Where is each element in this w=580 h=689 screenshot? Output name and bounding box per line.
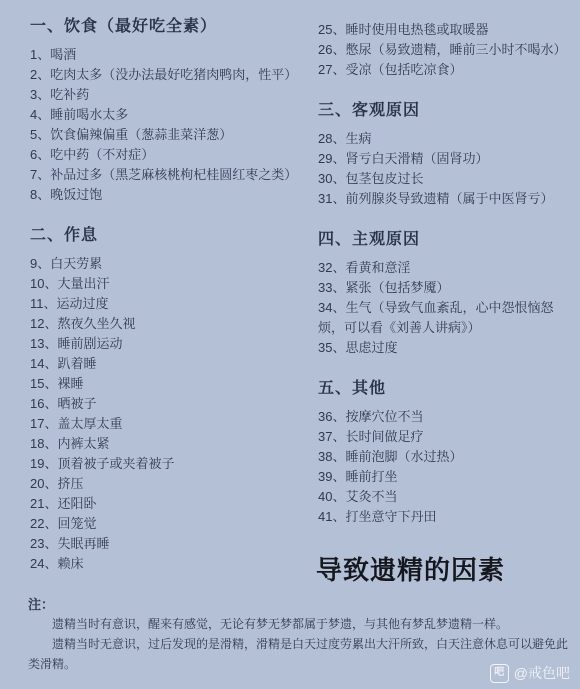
list-item: 23、失眠再睡 bbox=[30, 534, 312, 554]
list-item: 15、裸睡 bbox=[30, 374, 312, 394]
list-item: 28、生病 bbox=[318, 129, 570, 149]
section-header: 二、作息 bbox=[30, 223, 312, 249]
watermark-text: @戒色吧 bbox=[514, 663, 570, 683]
page-title: 导致遗精的因素 bbox=[316, 550, 505, 587]
list-item: 17、盖太厚太重 bbox=[30, 414, 312, 434]
list-item: 4、睡前喝水太多 bbox=[30, 105, 312, 125]
list-item: 41、打坐意守下丹田 bbox=[318, 507, 570, 527]
list-item: 5、饮食偏辣偏重（葱蒜韭菜洋葱） bbox=[30, 125, 312, 145]
list-item: 26、憋尿（易致遗精，睡前三小时不喝水） bbox=[318, 40, 570, 60]
list-item: 2、吃肉太多（没办法最好吃猪肉鸭肉，性平） bbox=[30, 65, 312, 85]
page-canvas: 一、饮食（最好吃全素）1、喝酒2、吃肉太多（没办法最好吃猪肉鸭肉，性平）3、吃补… bbox=[0, 0, 580, 689]
section-header: 三、客观原因 bbox=[318, 98, 570, 124]
list-item: 3、吃补药 bbox=[30, 85, 312, 105]
list-item: 7、补品过多（黑芝麻核桃枸杞桂圆红枣之类） bbox=[30, 165, 312, 185]
column-left: 一、饮食（最好吃全素）1、喝酒2、吃肉太多（没办法最好吃猪肉鸭肉，性平）3、吃补… bbox=[30, 14, 312, 574]
list-item: 9、白天劳累 bbox=[30, 254, 312, 274]
footnote-paragraph: 遗精当时有意识，醒来有感觉，无论有梦无梦都属于梦遗，与其他有梦乱梦遗精一样。 bbox=[28, 614, 576, 634]
section-header: 一、饮食（最好吃全素） bbox=[30, 14, 312, 40]
list-item: 8、晚饭过饱 bbox=[30, 185, 312, 205]
list-item: 35、思虑过度 bbox=[318, 338, 570, 358]
list-item: 34、生气（导致气血紊乱，心中怨恨恼怒烦，可以看《刘善人讲病》） bbox=[318, 298, 570, 338]
list-item: 13、睡前剧运动 bbox=[30, 334, 312, 354]
list-item: 33、紧张（包括梦魇） bbox=[318, 278, 570, 298]
list-item: 16、晒被子 bbox=[30, 394, 312, 414]
list-item: 31、前列腺炎导致遗精（属于中医肾亏） bbox=[318, 189, 570, 209]
list-item: 22、回笼觉 bbox=[30, 514, 312, 534]
list-item: 25、睡时使用电热毯或取暖器 bbox=[318, 20, 570, 40]
tieba-badge-icon: 吧 bbox=[490, 664, 509, 683]
list-item: 12、熬夜久坐久视 bbox=[30, 314, 312, 334]
list-item: 38、睡前泡脚（水过热） bbox=[318, 447, 570, 467]
list-item: 21、还阳卧 bbox=[30, 494, 312, 514]
list-item: 14、趴着睡 bbox=[30, 354, 312, 374]
list-item: 40、艾灸不当 bbox=[318, 487, 570, 507]
watermark: 吧 @戒色吧 bbox=[490, 663, 570, 683]
list-item: 29、肾亏白天滑精（固肾功） bbox=[318, 149, 570, 169]
column-right: 25、睡时使用电热毯或取暖器26、憋尿（易致遗精，睡前三小时不喝水）27、受凉（… bbox=[318, 20, 570, 527]
list-item: 6、吃中药（不对症） bbox=[30, 145, 312, 165]
section-header: 五、其他 bbox=[318, 376, 570, 402]
list-item: 11、运动过度 bbox=[30, 294, 312, 314]
list-item: 32、看黄和意淫 bbox=[318, 258, 570, 278]
list-item: 39、睡前打坐 bbox=[318, 467, 570, 487]
list-item: 36、按摩穴位不当 bbox=[318, 407, 570, 427]
list-item: 24、赖床 bbox=[30, 554, 312, 574]
list-item: 18、内裤太紧 bbox=[30, 434, 312, 454]
list-item: 20、挤压 bbox=[30, 474, 312, 494]
footnote-label: 注： bbox=[28, 596, 576, 614]
list-item: 37、长时间做足疗 bbox=[318, 427, 570, 447]
list-item: 19、顶着被子或夹着被子 bbox=[30, 454, 312, 474]
list-item: 1、喝酒 bbox=[30, 45, 312, 65]
list-item: 27、受凉（包括吃凉食） bbox=[318, 60, 570, 80]
list-item: 10、大量出汗 bbox=[30, 274, 312, 294]
section-header: 四、主观原因 bbox=[318, 227, 570, 253]
list-item: 30、包茎包皮过长 bbox=[318, 169, 570, 189]
